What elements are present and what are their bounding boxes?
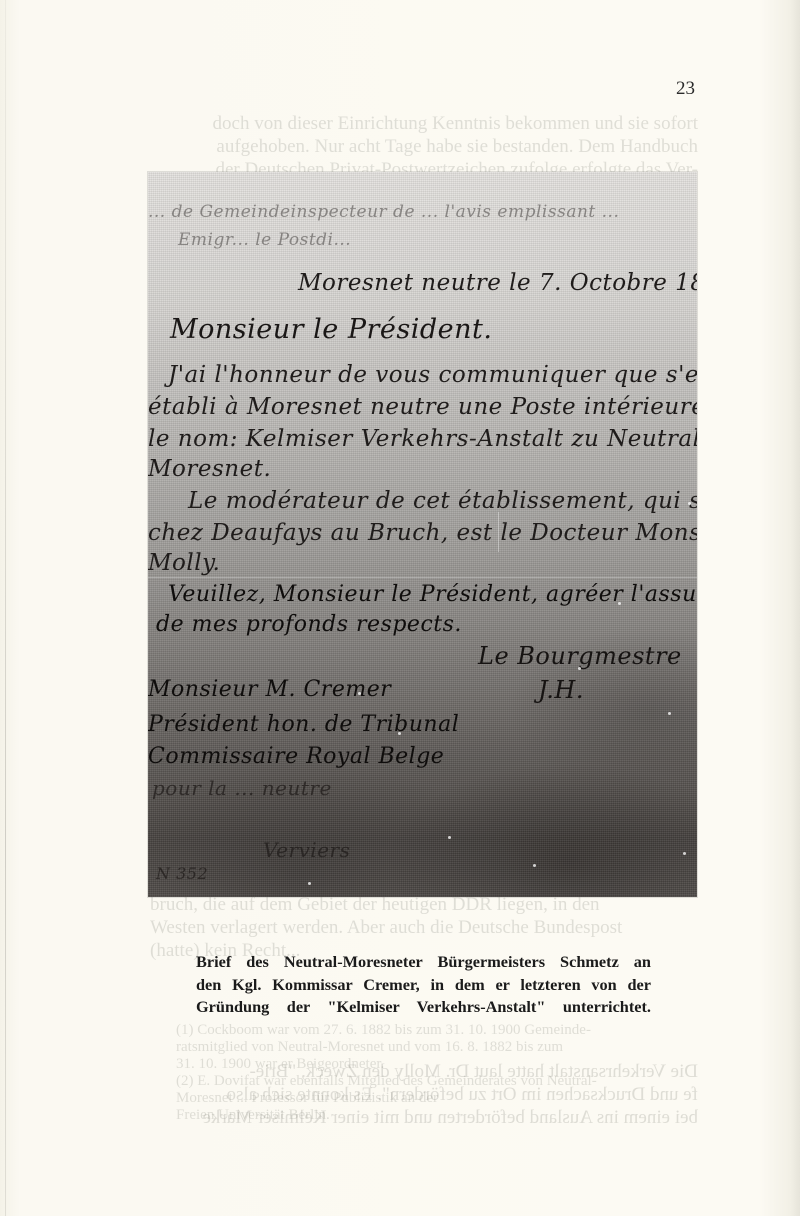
caption-line: den Kgl. Kommissar Cremer, in dem er let…: [196, 974, 651, 997]
show-through-line: bei einem ins Ausland beförderten und mi…: [150, 1106, 698, 1129]
letter-body-line: établi à Moresnet neutre une Poste intér…: [148, 394, 697, 420]
letter-signature: Le Bourgmestre: [478, 642, 682, 670]
letter-body-line: Moresnet.: [148, 456, 271, 482]
letter-addressee-line: Commissaire Royal Belge: [148, 744, 444, 769]
page-edge-line: [5, 0, 6, 1216]
letter-body-line: Molly.: [148, 550, 220, 576]
letter-footer-mark: N 352: [156, 864, 208, 883]
letter-addressee-line: pour la ... neutre: [152, 776, 332, 800]
caption-line: Brief des Neutral-Moresneter Bürgermeist…: [196, 951, 651, 974]
letter-addressee-line: Monsieur M. Cremer: [148, 677, 391, 702]
letter-body-line: J'ai l'honneur de vous communiquer que s…: [168, 362, 697, 388]
show-through-text-lower: Die Verkehrsanstalt hatte laut Dr. Molly…: [150, 1060, 698, 1129]
show-through-line: (1) Cockboom war vom 27. 6. 1882 bis zum…: [176, 1022, 696, 1039]
show-through-line: Die Verkehrsanstalt hatte laut Dr. Molly…: [150, 1060, 698, 1083]
caption-line: Gründung der "Kelmiser Verkehrs-Anstalt"…: [196, 996, 651, 1019]
letter-body-line: de mes profonds respects.: [156, 612, 462, 637]
letter-body-line: Le modérateur de cet établissement, qui …: [188, 488, 697, 514]
show-through-line: fe und Drucksachen im Ort zu befördern".…: [150, 1083, 698, 1106]
show-through-line: aufgehoben. Nur acht Tage habe sie besta…: [150, 135, 698, 158]
show-through-text-top: doch von dieser Einrichtung Kenntnis bek…: [150, 112, 698, 181]
show-through-line: doch von dieser Einrichtung Kenntnis bek…: [150, 112, 698, 135]
letter-footer-place: Verviers: [263, 838, 350, 862]
letter-salutation: Monsieur le Président.: [170, 314, 492, 345]
show-through-line: ratsmitglied von Neutral-Moresnet und vo…: [176, 1039, 696, 1056]
letter-dateline: Moresnet neutre le 7. Octobre 1886.: [298, 270, 697, 296]
letter-body-line: le nom: Kelmiser Verkehrs-Anstalt zu Neu…: [148, 426, 697, 452]
letter-preamble-line: Emigr... le Postdi...: [178, 230, 351, 250]
page-number: 23: [676, 78, 695, 100]
letter-signature-initials: J.H.: [538, 676, 584, 704]
letter-body-line: chez Deaufays au Bruch, est le Docteur M…: [148, 520, 697, 546]
show-through-line: Westen verlagert werden. Aber auch die D…: [150, 916, 698, 939]
letter-photograph: ... de Gemeindeinspecteur de ... l'avis …: [148, 172, 697, 897]
book-page: 23 doch von dieser Einrichtung Kenntnis …: [0, 0, 800, 1216]
figure-caption: Brief des Neutral-Moresneter Bürgermeist…: [196, 951, 651, 1019]
letter-preamble-line: ... de Gemeindeinspecteur de ... l'avis …: [148, 202, 619, 222]
letter-addressee-line: Président hon. de Tribunal: [148, 712, 459, 737]
